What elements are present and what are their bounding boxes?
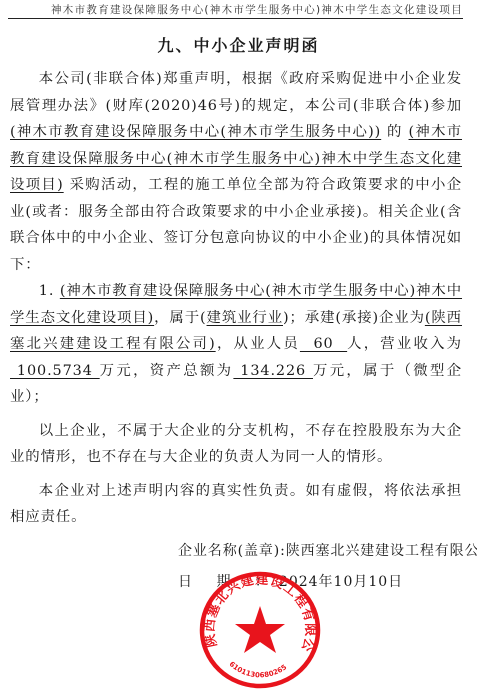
company-label: 企业名称(盖章): [178, 543, 286, 559]
text: ，从业人员 [216, 336, 300, 352]
text: ，属于( [154, 310, 206, 326]
text: )；承建(承接)企业为 [283, 310, 425, 326]
total-assets: 134.226 [233, 363, 313, 379]
text: 的 [381, 124, 408, 140]
document-title: 九、中小企业声明函 [0, 33, 477, 56]
seal-icon: 陕西塞北兴建建设工程有限公司 6101130680265 [195, 568, 325, 690]
text: 采购活动，工程的施工单位全部为符合政策要求的中小企业(或者：服务全部由符合政策要… [10, 177, 462, 273]
signature-company: 企业名称(盖章):陕西塞北兴建建设工程有限公司 [178, 540, 477, 560]
company-name: 陕西塞北兴建建设工程有限公司 [286, 543, 477, 559]
item-number: 1. [39, 283, 55, 299]
running-header: 神木市教育建设保障服务中心(神木市学生服务中心)神木中学生态文化建设项目 [8, 2, 463, 19]
non-affiliation-paragraph: 以上企业，不属于大企业的分支机构，不存在控股股东为大企业的情形，也不存在与大企业… [10, 418, 462, 471]
employee-count: 60 [300, 336, 347, 352]
purchaser-name: (神木市教育建设保障服务中心(神木市学生服务中心)) [10, 124, 381, 140]
company-seal: 陕西塞北兴建建设工程有限公司 6101130680265 [195, 568, 325, 690]
text: 人，营业收入为 [347, 336, 462, 352]
declaration-paragraph: 本公司(非联合体)郑重声明，根据《政府采购促进中小企业发展管理办法》(财库(20… [10, 66, 462, 278]
document-body: 本公司(非联合体)郑重声明，根据《政府采购促进中小企业发展管理办法》(财库(20… [10, 66, 462, 531]
industry: 建筑业行业 [207, 310, 283, 326]
revenue: 100.5734 [10, 363, 100, 379]
responsibility-paragraph: 本企业对上述声明内容的真实性负责。如有虚假，将依法承担相应责任。 [10, 478, 462, 531]
text: 本公司(非联合体)郑重声明，根据《政府采购促进中小企业发展管理办法》(财库(20… [10, 71, 462, 114]
svg-text:6101130680265: 6101130680265 [228, 660, 289, 679]
enterprise-item-1: 1. (神木市教育建设保障服务中心(神木市学生服务中心)神木中学生态文化建设项目… [10, 278, 462, 411]
text: 万元，资产总额为 [100, 363, 234, 379]
